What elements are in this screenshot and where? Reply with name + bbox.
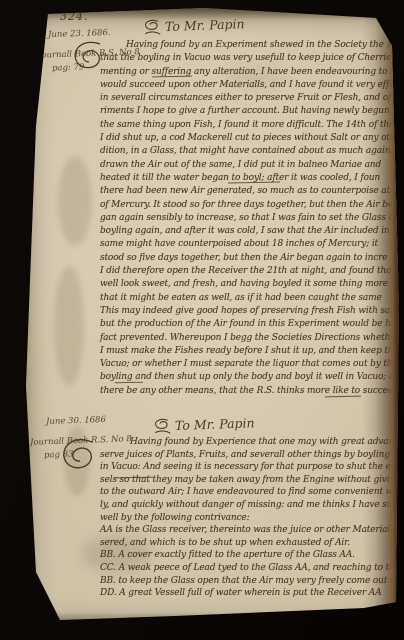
manuscript-line: would succeed upon other Materialls, and… bbox=[100, 79, 404, 92]
manuscript-line: Vacuo; or whether I must separate the li… bbox=[100, 358, 404, 371]
manuscript-line: serve juices of Plants, Fruits, and seve… bbox=[100, 449, 404, 462]
manuscript-line: BB. to keep the Glass open that the Air … bbox=[100, 575, 404, 588]
manuscript-line: gan again sensibly to increase, so that … bbox=[100, 212, 404, 225]
manuscript-line: there had been new Air generated, so muc… bbox=[100, 185, 404, 198]
letter-body-2: Having found by Experience that one may … bbox=[100, 436, 404, 600]
manuscript-line: CC. A weak peece of Lead tyed to the Gla… bbox=[100, 562, 404, 575]
ink-bleed bbox=[58, 156, 92, 246]
manuscript-line: stood so five days together, but then th… bbox=[100, 252, 404, 265]
manuscript-line: that the boyling in Vacuo was very usefu… bbox=[100, 52, 404, 65]
page-gutter-shadow bbox=[362, 6, 404, 628]
manuscript-line: sels so that they may be taken away from… bbox=[100, 474, 404, 487]
manuscript-line: boyling and then shut up only the body a… bbox=[100, 371, 404, 384]
manuscript-line: Having found by an Experiment shewed in … bbox=[100, 39, 404, 52]
manuscript-line: I must make the Fishes ready before I sh… bbox=[100, 345, 404, 358]
photo-backdrop: 324. June 23. 1686. Journall Book R.S. N… bbox=[0, 0, 404, 640]
heading-text: To Mr. Papin bbox=[175, 416, 255, 433]
manuscript-line: BB. A cover exactly fitted to the apertu… bbox=[100, 549, 404, 562]
margin-date-2: June 30. 1686 bbox=[46, 415, 106, 427]
manuscript-line: I did shut up, a cod Mackerell cut to pi… bbox=[100, 132, 404, 145]
page-edge-shadow-bottom bbox=[24, 612, 404, 628]
manuscript-line: the same thing upon Fish, I found it mor… bbox=[100, 119, 404, 132]
manuscript-line: same might have counterpoised about 18 i… bbox=[100, 238, 404, 251]
manuscript-line: fact prevented. Whereupon I begg the Soc… bbox=[100, 332, 404, 345]
manuscript-line: menting or suffering any alteration, I h… bbox=[100, 66, 404, 79]
manuscript-line: This may indeed give good hopes of prese… bbox=[100, 305, 404, 318]
manuscript-line: I did therefore open the Receiver the 21… bbox=[100, 265, 404, 278]
letter-heading-2: To Mr. Papin bbox=[152, 414, 255, 436]
manuscript-line: heated it till the water began to boyl; … bbox=[100, 172, 404, 185]
manuscript-line: riments I hope to give a further account… bbox=[100, 105, 404, 118]
manuscript-line: well look sweet, and fresh, and having b… bbox=[100, 278, 404, 291]
manuscript-line: DD. A great Vessell full of water wherei… bbox=[100, 587, 404, 600]
manuscript-line: in Vacuo: And seeing it is necessary for… bbox=[100, 461, 404, 474]
manuscript-line: but the production of the Air found in t… bbox=[100, 318, 404, 331]
manuscript-line: in severall circumstances either to pres… bbox=[100, 92, 404, 105]
manuscript-line: dition, in a Glass, that might have cont… bbox=[100, 145, 404, 158]
manuscript-line: that it might be eaten as well, as if it… bbox=[100, 292, 404, 305]
manuscript-line: Having found by Experience that one may … bbox=[100, 436, 404, 449]
manuscript-line: drawn the Air out of the same, I did put… bbox=[100, 159, 404, 172]
ink-bleed bbox=[54, 266, 84, 386]
manuscript-line: AA is the Glass receiver, thereinto was … bbox=[100, 524, 404, 537]
page-edge-shadow-top bbox=[24, 6, 404, 20]
manuscript-page: 324. June 23. 1686. Journall Book R.S. N… bbox=[24, 6, 404, 628]
manuscript-line: boyling again, and after it was cold, I … bbox=[100, 225, 404, 238]
drop-cap-flourish bbox=[58, 436, 100, 476]
letter-body-1: Having found by an Experiment shewed in … bbox=[100, 39, 404, 398]
manuscript-line: sered, and which is to be shut up when e… bbox=[100, 537, 404, 550]
manuscript-line: well by the following contrivance: bbox=[100, 512, 404, 525]
flourish-icon bbox=[142, 18, 163, 37]
manuscript-line: of Mercury. It stood so for three days t… bbox=[100, 199, 404, 212]
flourish-icon bbox=[152, 417, 173, 436]
manuscript-line: ly, and quickly without danger of missin… bbox=[100, 499, 404, 512]
manuscript-line: to the outward Air; I have endeavoured t… bbox=[100, 486, 404, 499]
